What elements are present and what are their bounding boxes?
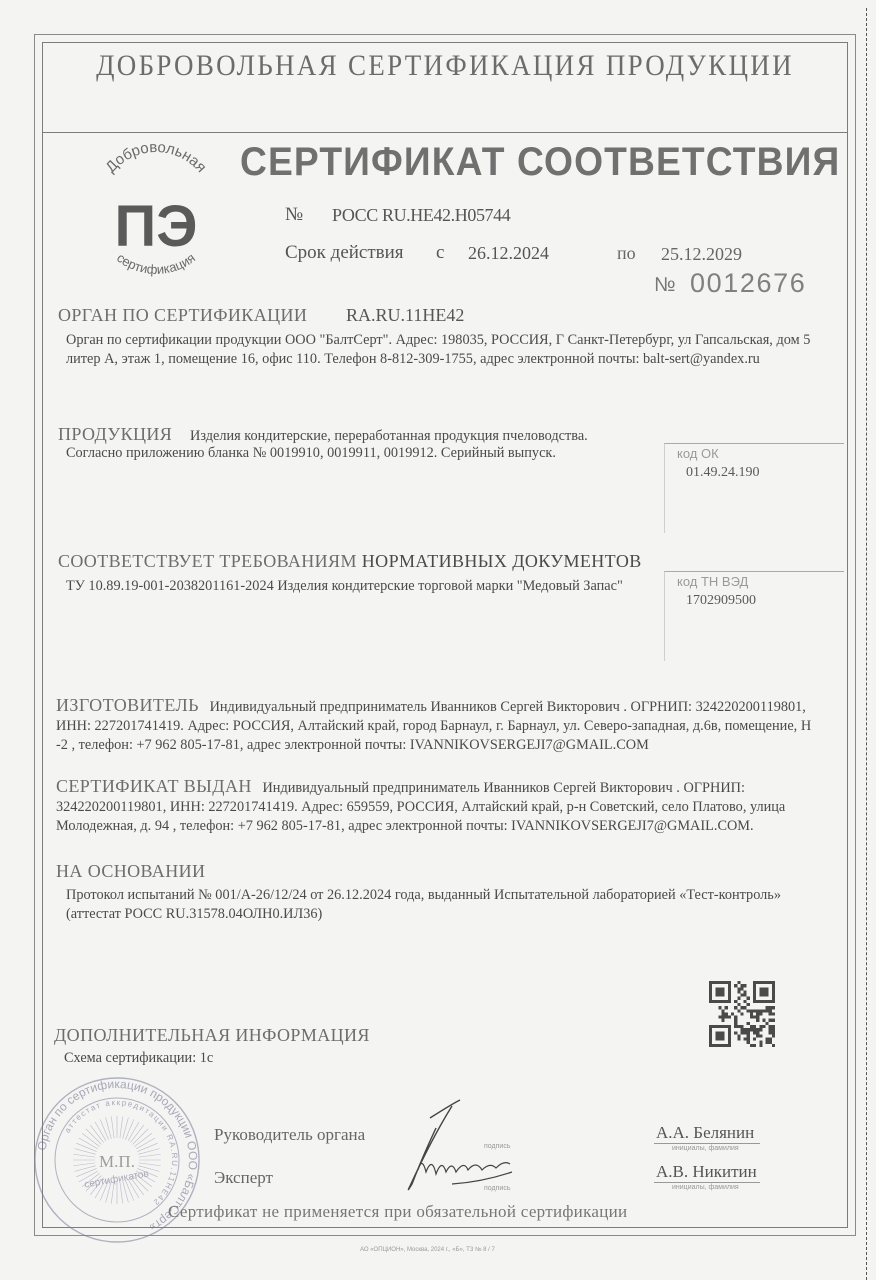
validity-to-date: 25.12.2029 <box>661 244 742 265</box>
ok-code-label: код ОК <box>677 446 844 461</box>
manufacturer-heading: ИЗГОТОВИТЕЛЬ <box>56 695 199 715</box>
additional-info-heading: ДОПОЛНИТЕЛЬНАЯ ИНФОРМАЦИЯ <box>54 1025 370 1046</box>
manufacturer-block: ИЗГОТОВИТЕЛЬ Индивидуальный предпринимат… <box>56 696 826 755</box>
expert-name-underline <box>654 1182 760 1183</box>
validity-from-date: 26.12.2024 <box>468 243 549 264</box>
head-name-caption: инициалы, фамилия <box>672 1145 739 1152</box>
stamp-center-top: М.П. <box>99 1152 135 1171</box>
validity-from-label: с <box>436 242 444 264</box>
logo-letters: ПЭ <box>115 194 198 259</box>
head-role-label: Руководитель органа <box>214 1125 365 1145</box>
certification-body-text: Орган по сертификации продукции ООО "Бал… <box>66 331 834 369</box>
basis-heading: НА ОСНОВАНИИ <box>56 861 205 882</box>
issued-to-heading: СЕРТИФИКАТ ВЫДАН <box>56 776 252 796</box>
pe-logo-icon: Добровольная ПЭ сертификация <box>86 142 226 282</box>
handwritten-signature-icon <box>392 1098 542 1198</box>
qr-code-icon <box>709 979 775 1049</box>
top-title: ДОБРОВОЛЬНАЯ СЕРТИФИКАЦИЯ ПРОДУКЦИИ <box>42 48 848 82</box>
tn-ved-code-box: код ТН ВЭД 1702909500 <box>664 571 844 661</box>
basis-text: Протокол испытаний № 001/А-26/12/24 от 2… <box>66 886 806 924</box>
tn-ved-code-label: код ТН ВЭД <box>677 574 844 589</box>
blank-number-label: № <box>654 274 675 297</box>
expert-role-label: Эксперт <box>214 1168 273 1188</box>
validity-label: Срок действия <box>285 242 404 264</box>
expert-name-caption: инициалы, фамилия <box>672 1184 739 1191</box>
head-name: А.А. Белянин <box>656 1123 754 1143</box>
svg-text:Добровольная: Добровольная <box>102 142 209 176</box>
logo-arc-top: Добровольная <box>102 142 209 176</box>
certification-body-code: RA.RU.11НЕ42 <box>346 305 464 326</box>
validity-to-label: по <box>617 243 636 264</box>
requirements-heading-light: СООТВЕТСТВУЕТ ТРЕБОВАНИЯМ <box>58 551 357 571</box>
print-info: АО «ОПЦИОН», Москва, 2024 г., «Б», ТЗ № … <box>360 1247 495 1253</box>
header-divider <box>42 132 848 133</box>
issued-to-block: СЕРТИФИКАТ ВЫДАН Индивидуальный предприн… <box>56 777 826 836</box>
requirements-heading-dark: НОРМАТИВНЫХ ДОКУМЕНТОВ <box>362 551 642 571</box>
additional-info-text: Схема сертификации: 1с <box>64 1049 213 1068</box>
blank-number: 0012676 <box>690 268 806 299</box>
voluntary-only-note: Сертификат не применяется при обязательн… <box>168 1202 627 1222</box>
certificate-number: РОСС RU.НЕ42.Н05744 <box>332 205 510 226</box>
ok-code-value: 01.49.24.190 <box>686 465 844 481</box>
product-line-2: Согласно приложению бланка № 0019910, 00… <box>66 444 556 463</box>
ok-code-box: код ОК 01.49.24.190 <box>664 443 844 533</box>
tn-ved-code-value: 1702909500 <box>686 593 844 609</box>
requirements-text: ТУ 10.89.19-001-2038201161-2024 Изделия … <box>66 577 636 596</box>
head-name-underline <box>654 1143 760 1144</box>
requirements-heading: СООТВЕТСТВУЕТ ТРЕБОВАНИЯМ НОРМАТИВНЫХ ДО… <box>58 551 642 572</box>
main-title: СЕРТИФИКАТ СООТВЕТСТВИЯ <box>240 140 840 185</box>
certification-body-heading: ОРГАН ПО СЕРТИФИКАЦИИ <box>58 305 307 326</box>
certificate-number-label: № <box>285 204 303 226</box>
scan-edge-line <box>866 8 867 1280</box>
expert-name: А.В. Никитин <box>656 1162 757 1182</box>
product-heading: ПРОДУКЦИЯ <box>58 424 172 445</box>
